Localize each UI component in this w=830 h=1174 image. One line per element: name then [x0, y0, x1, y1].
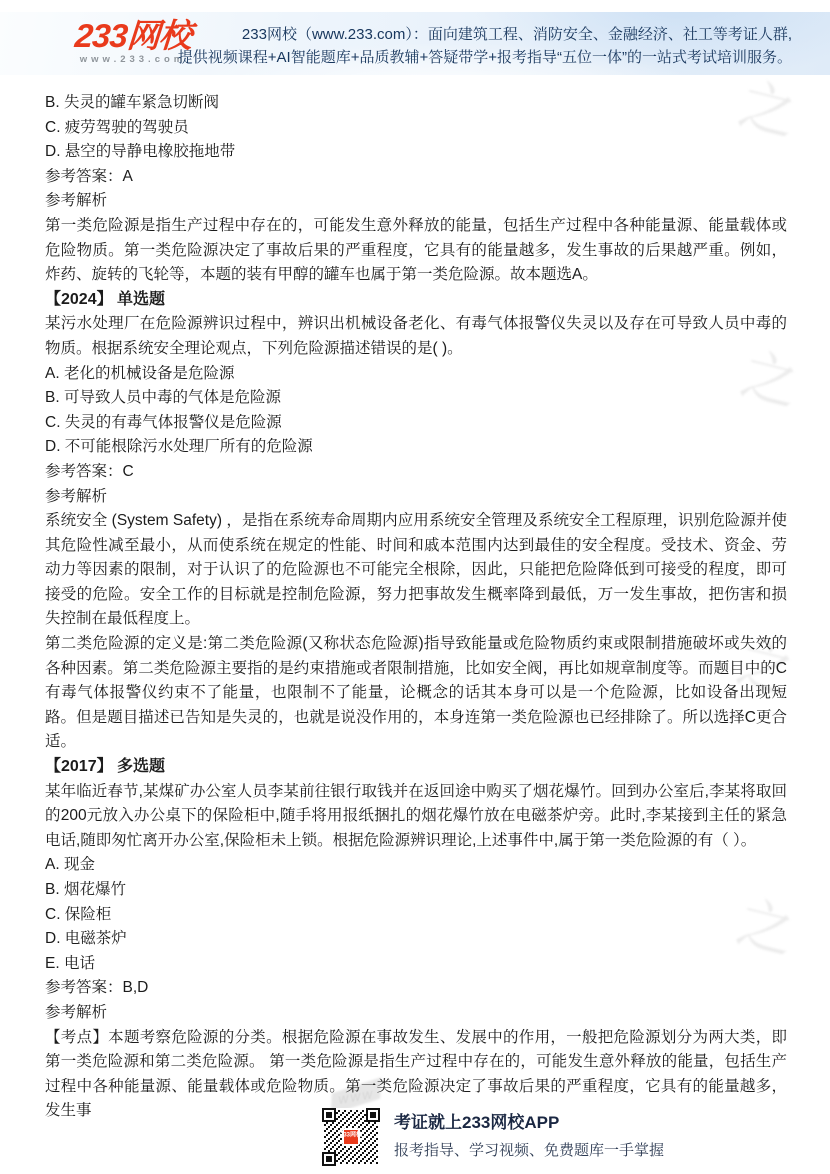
analysis-label: 参考解析 [45, 1001, 787, 1026]
paragraph: 第二类危险源的定义是:第二类危险源(又称状态危险源)指导致能量或危险物质约束或限… [45, 632, 787, 755]
option-line: E. 电话 [45, 952, 787, 977]
paragraph: 第一类危险源是指生产过程中存在的，可能发生意外释放的能量，包括生产过程中各种能量… [45, 214, 787, 288]
paragraph: 系统安全 (System Safety) ，是指在系统寿命周期内应用系统安全管理… [45, 509, 787, 632]
page-header: 233网校 www.233.com 233网校（www.233.com）：面向建… [0, 12, 830, 75]
option-line: A. 老化的机械设备是危险源 [45, 362, 787, 387]
option-line: B. 烟花爆竹 [45, 878, 787, 903]
option-line: D. 电磁茶炉 [45, 927, 787, 952]
question-type-heading: 【2017】 多选题 [45, 755, 787, 780]
document-body: B. 失灵的罐车紧急切断阀C. 疲劳驾驶的驾驶员D. 悬空的导静电橡胶拖地带参考… [0, 75, 830, 1124]
option-line: D. 不可能根除污水处理厂所有的危险源 [45, 435, 787, 460]
tagline-line-2: 提供视频课程+AI智能题库+品质教辅+答疑带学+报考指导“五位一体”的一站式考试… [178, 46, 792, 69]
option-line: A. 现金 [45, 853, 787, 878]
tagline-line-1: 233网校（www.233.com）：面向建筑工程、消防安全、金融经济、社工等考… [178, 23, 792, 46]
paragraph: 某年临近春节,某煤矿办公室人员李某前往银行取钱并在返回途中购买了烟花爆竹。回到办… [45, 780, 787, 854]
footer-app-promo: 考证就上233网校APP 报考指导、学习视频、免费题库一手掌握 [394, 1108, 664, 1162]
analysis-label: 参考解析 [45, 485, 787, 510]
analysis-label: 参考解析 [45, 189, 787, 214]
app-qr-code-icon: 233网校 [322, 1108, 380, 1166]
page-footer: 233网校 考证就上233网校APP 报考指导、学习视频、免费题库一手掌握 [322, 1108, 664, 1166]
header-tagline: 233网校（www.233.com）：面向建筑工程、消防安全、金融经济、社工等考… [178, 23, 792, 69]
paragraph: 某污水处理厂在危险源辨识过程中，辨识出机械设备老化、有毒气体报警仪失灵以及存在可… [45, 312, 787, 361]
option-line: C. 保险柜 [45, 903, 787, 928]
option-line: B. 可导致人员中毒的气体是危险源 [45, 386, 787, 411]
question-type-heading: 【2024】 单选题 [45, 288, 787, 313]
answer-line: 参考答案：C [45, 460, 787, 485]
footer-app-subtitle: 报考指导、学习视频、免费题库一手掌握 [394, 1140, 664, 1162]
answer-line: 参考答案：A [45, 165, 787, 190]
qr-center-label: 233网校 [340, 1130, 363, 1138]
answer-line: 参考答案：B,D [45, 976, 787, 1001]
document-page: 233网校 www.233.com 233网校（www.233.com）：面向建… [0, 0, 830, 1174]
footer-app-title: 考证就上233网校APP [394, 1112, 664, 1134]
option-line: C. 疲劳驾驶的驾驶员 [45, 116, 787, 141]
option-line: D. 悬空的导静电橡胶拖地带 [45, 140, 787, 165]
option-line: C. 失灵的有毒气体报警仪是危险源 [45, 411, 787, 436]
option-line: B. 失灵的罐车紧急切断阀 [45, 91, 787, 116]
